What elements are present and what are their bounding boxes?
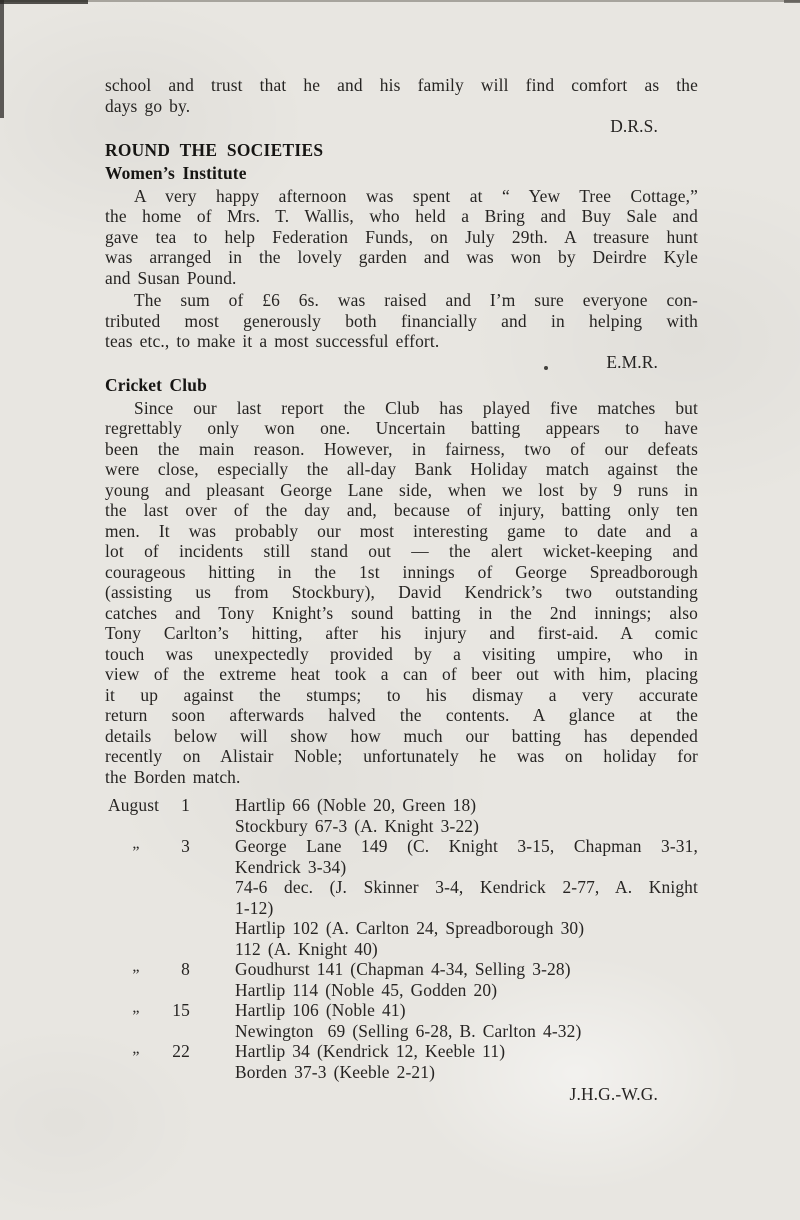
fixture-list: August 1 Hartlip 66 (Noble 20, Green 18)…	[105, 795, 698, 1082]
scan-artifact-top-right	[784, 0, 800, 3]
scanned-newsletter-page: school and trust that he and his family …	[0, 0, 800, 1220]
fixture-row: „ 3 George Lane 149 (C. Knight 3-15, Cha…	[105, 836, 698, 959]
signature-emr: E.M.R.	[105, 352, 698, 373]
signature-drs: D.R.S.	[105, 116, 698, 137]
fixture-row: August 1 Hartlip 66 (Noble 20, Green 18)…	[105, 795, 698, 836]
subsection-heading-womens-institute: Women’s Institute	[105, 163, 698, 184]
fixture-scores: Hartlip 66 (Noble 20, Green 18)Stockbury…	[190, 795, 698, 836]
fixture-row: „ 15 Hartlip 106 (Noble 41)Newington 69 …	[105, 1000, 698, 1041]
page-text-column: school and trust that he and his family …	[105, 73, 698, 1105]
continuation-paragraph: school and trust that he and his family …	[105, 75, 698, 116]
scan-artifact-top-left-vertical	[0, 0, 4, 118]
fixture-month: August	[105, 795, 167, 836]
fixture-day: 3	[167, 836, 190, 959]
fixture-scores: Goudhurst 141 (Chapman 4-34, Selling 3-2…	[190, 959, 698, 1000]
cricket-report-paragraph: Since our last report the Club has playe…	[105, 398, 698, 788]
fixture-ditto-mark: „	[105, 957, 167, 998]
fixture-scores: Hartlip 106 (Noble 41)Newington 69 (Sell…	[190, 1000, 698, 1041]
fixture-row: „ 8 Goudhurst 141 (Chapman 4-34, Selling…	[105, 959, 698, 1000]
fixture-day: 22	[167, 1041, 190, 1082]
scan-artifact-top-left-horizontal	[0, 0, 88, 4]
wi-paragraph-1: A very happy afternoon was spent at “ Ye…	[105, 186, 698, 289]
fixture-ditto-mark: „	[105, 998, 167, 1039]
fixture-row: „ 22 Hartlip 34 (Kendrick 12, Keeble 11)…	[105, 1041, 698, 1082]
fixture-ditto-mark: „	[105, 1039, 167, 1080]
scan-artifact-top-edge	[0, 0, 800, 2]
signature-jhg-wg: J.H.G.-W.G.	[105, 1084, 698, 1105]
fixture-day: 8	[167, 959, 190, 1000]
section-heading-round-the-societies: ROUND THE SOCIETIES	[105, 140, 698, 161]
fixture-scores: George Lane 149 (C. Knight 3-15, Chapman…	[190, 836, 698, 959]
fixture-ditto-mark: „	[105, 834, 167, 957]
subsection-heading-cricket-club: Cricket Club	[105, 375, 698, 396]
fixture-scores: Hartlip 34 (Kendrick 12, Keeble 11)Borde…	[190, 1041, 698, 1082]
fixture-day: 15	[167, 1000, 190, 1041]
wi-paragraph-2: The sum of £6 6s. was raised and I’m sur…	[105, 290, 698, 352]
fixture-day: 1	[167, 795, 190, 836]
